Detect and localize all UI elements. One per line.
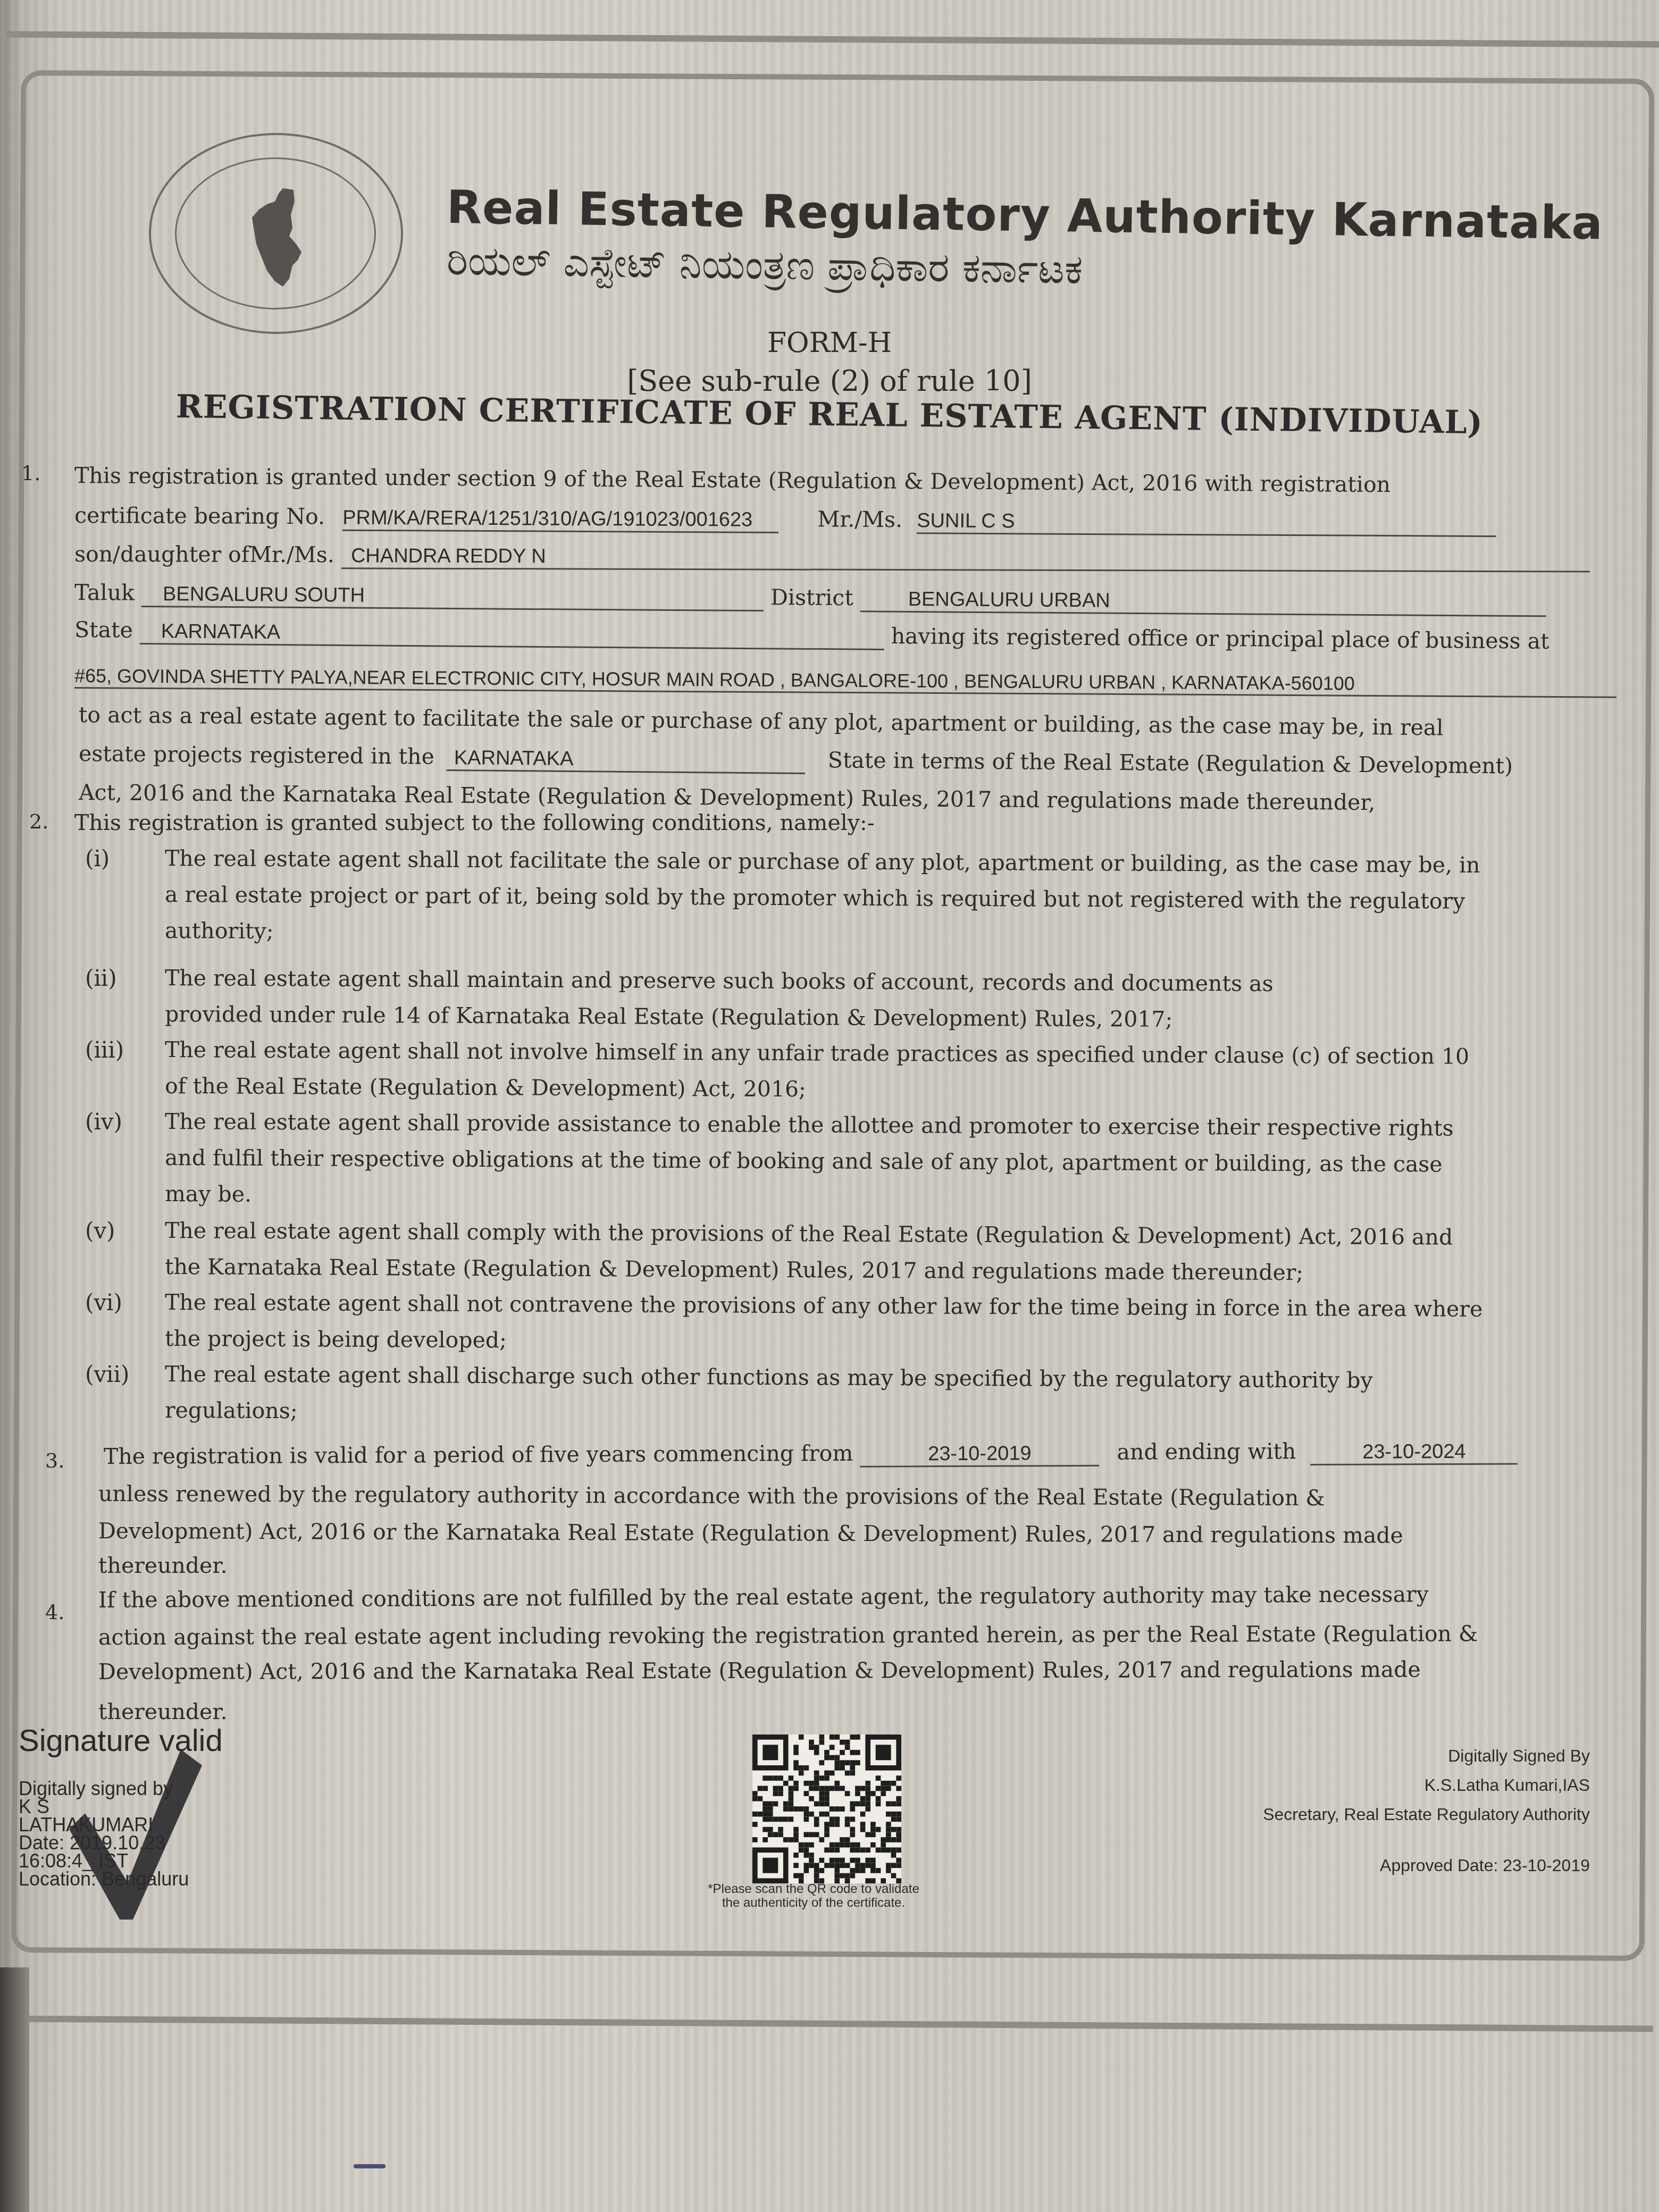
- qr-code-icon[interactable]: [752, 1735, 901, 1883]
- agent-name: SUNIL C S: [917, 509, 1496, 537]
- clause-number: 2.: [29, 810, 48, 833]
- clause-number: 4.: [45, 1601, 64, 1624]
- project-state: KARNATAKA: [447, 747, 805, 774]
- clause3-line: unless renewed by the regulatory authori…: [98, 1481, 1325, 1511]
- condition-number: (v): [85, 1218, 115, 1244]
- condition-line: authority;: [165, 918, 274, 944]
- approved-date-label: Approved Date:: [1380, 1856, 1498, 1875]
- project-state-label: estate projects registered in the: [79, 741, 434, 769]
- condition-line: provided under rule 14 of Karnataka Real…: [165, 1001, 1173, 1032]
- taluk-value: BENGALURU SOUTH: [141, 583, 764, 611]
- taluk-label: Taluk: [74, 580, 135, 606]
- checkmark-icon: [64, 1739, 202, 1930]
- valid-from-date: 23-10-2019: [860, 1442, 1099, 1468]
- condition-line: the project is being developed;: [165, 1326, 507, 1353]
- qr-instructions: *Please scan the QR code to validate the…: [675, 1882, 952, 1910]
- certificate-number: PRM/KA/RERA/1251/310/AG/191023/001623: [342, 507, 778, 533]
- page-edge-shadow: [0, 1967, 29, 2212]
- valid-to-date: 23-10-2024: [1310, 1440, 1518, 1465]
- condition-number: (iv): [85, 1109, 122, 1135]
- qr-note-line: *Please scan the QR code to validate: [675, 1882, 952, 1896]
- seal-inner-ring: [175, 157, 376, 309]
- signed-by-label: Digitally Signed By: [1263, 1741, 1590, 1771]
- clause4-line: Development) Act, 2016 and the Karnataka…: [98, 1657, 1421, 1685]
- office-text: having its registered office or principa…: [891, 623, 1549, 654]
- clause-number: 3.: [45, 1449, 64, 1472]
- clause3-line: Development) Act, 2016 or the Karnataka …: [98, 1518, 1403, 1548]
- condition-number: (vi): [85, 1289, 122, 1316]
- rera-seal-icon: [149, 133, 403, 334]
- form-number: FORM-H: [0, 327, 1659, 359]
- condition-number: (ii): [85, 965, 117, 991]
- signatory-block: Digitally Signed By K.S.Latha Kumari,IAS…: [1263, 1741, 1590, 1829]
- district-label: District: [770, 584, 853, 610]
- pen-mark: [354, 2164, 386, 2168]
- condition-number: (iii): [85, 1037, 124, 1063]
- clause2-intro: This registration is granted subject to …: [74, 810, 875, 835]
- parent-row: son/daughter ofMr./Ms. CHANDRA REDDY N: [74, 541, 1590, 572]
- condition-line: of the Real Estate (Regulation & Develop…: [165, 1073, 806, 1102]
- signatory-designation: Secretary, Real Estate Regulatory Author…: [1263, 1800, 1590, 1829]
- signatory-name: K.S.Latha Kumari,IAS: [1263, 1771, 1590, 1800]
- agent-name-label: Mr./Ms.: [817, 506, 902, 532]
- qr-note-line: the authenticity of the certificate.: [675, 1896, 952, 1910]
- approved-date-row: Approved Date: 23-10-2019: [1380, 1856, 1590, 1875]
- cert-label: certificate bearing No.: [74, 502, 325, 529]
- condition-line: regulations;: [165, 1397, 298, 1423]
- condition-line: may be.: [165, 1181, 252, 1207]
- authority-name-kannada: ರಿಯಲ್ ಎಸ್ಟೇಟ್ ನಿಯಂತ್ರಣ ಪ್ರಾಧಿಕಾರ ಕರ್ನಾಟಕ: [446, 237, 1083, 294]
- state-label: State: [74, 617, 133, 643]
- project-state-suffix: State in terms of the Real Estate (Regul…: [828, 747, 1513, 778]
- condition-number: (i): [85, 845, 110, 872]
- district-value: BENGALURU URBAN: [860, 588, 1546, 617]
- approved-date: 23-10-2019: [1503, 1856, 1590, 1875]
- validity-text: The registration is valid for a period o…: [104, 1440, 853, 1469]
- validity-mid-text: and ending with: [1117, 1438, 1296, 1464]
- clause4-line: action against the real estate agent inc…: [98, 1621, 1478, 1650]
- parent-name: CHANDRA REDDY N: [341, 544, 1590, 572]
- condition-number: (vii): [85, 1361, 129, 1387]
- clause-number: 1.: [21, 462, 40, 485]
- clause4-line: thereunder.: [98, 1699, 227, 1724]
- clause3-line: thereunder.: [98, 1553, 227, 1578]
- karnataka-map-icon: [246, 186, 304, 292]
- parent-label: son/daughter ofMr./Ms.: [74, 541, 334, 567]
